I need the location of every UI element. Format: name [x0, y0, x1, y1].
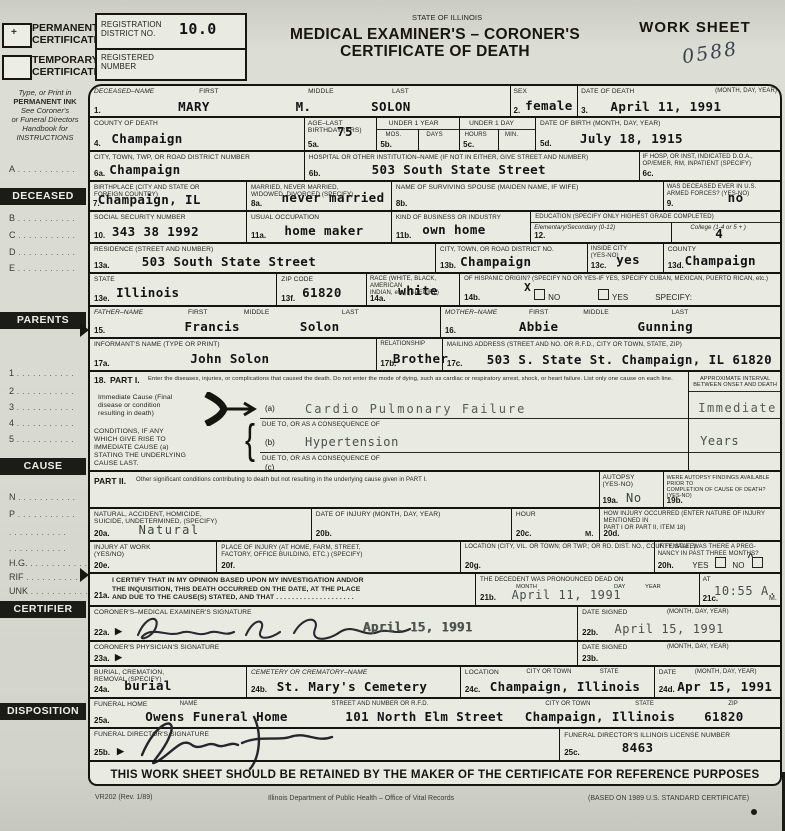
field-county-of-death: COUNTY OF DEATH 4. Champaign: [90, 118, 304, 150]
field-date-of-injury: DATE OF INJURY (MONTH, DAY, YEAR) 20b.: [311, 509, 511, 540]
value-cause-a: Cardio Pulmonary Failure: [305, 402, 526, 416]
value-father-first: Francis: [184, 319, 239, 334]
time-m-suffix: M.: [769, 595, 777, 602]
physician-signature-label: CORONER'S PHYSICIAN'S SIGNATURE: [94, 644, 219, 651]
item-number-8b: 8b.: [396, 199, 408, 208]
disposition-city-label: CITY OR TOWN: [526, 669, 571, 676]
item-number-20d: 20d.: [604, 529, 620, 538]
field-pronounced-dead: THE DECEDENT WAS PRONOUNCED DEAD ON MONT…: [475, 574, 699, 605]
funeral-zip-label: ZIP: [728, 701, 738, 708]
father-middle-label: MIDDLE: [244, 309, 270, 316]
physician-date-signed-hint: (MONTH, DAY, YEAR): [667, 644, 729, 651]
cemetery-label: CEMETERY OR CREMATORY–NAME: [251, 669, 367, 676]
item-number-8a: 8a.: [251, 199, 262, 208]
hispanic-no-checkbox[interactable]: [534, 289, 545, 300]
field-how-injury-occurred: HOW INJURY OCCURRED (ENTER NATURE OF INJ…: [599, 509, 780, 540]
worksheet-number-handwritten: 0588: [681, 38, 740, 69]
item-number-5a: 5a.: [308, 140, 319, 149]
field-informant-name: INFORMANT'S NAME (TYPE OR PRINT) 17a. Jo…: [90, 339, 376, 370]
interval-header-rule: [689, 391, 780, 392]
registration-box-divider: [97, 48, 245, 50]
value-pronounced-date: April 11, 1991: [512, 588, 622, 602]
sidebar-line-3: 3: [9, 402, 74, 412]
field-disposition-location: LOCATION CITY OR TOWN STATE 24c. Champai…: [460, 667, 654, 697]
value-residence: 503 South State Street: [142, 254, 316, 269]
item-number-20f: 20f.: [221, 561, 235, 570]
disposition-date-label: DATE: [659, 669, 677, 676]
conditions-brace: {: [245, 417, 255, 465]
under-1-day-vdivider: [498, 129, 499, 150]
item-number-12: 12.: [534, 231, 545, 240]
last-label: LAST: [392, 88, 409, 95]
item-number-5b: 5b.: [380, 140, 392, 149]
retention-banner: THIS WORK SHEET SHOULD BE RETAINED BY TH…: [90, 760, 780, 786]
sidebar-line-n: N: [9, 492, 75, 502]
field-under-1-year: UNDER 1 YEAR MOS. DAYS 5b.: [376, 118, 459, 150]
row-birthplace-marital: BIRTHPLACE (CITY AND STATE OR FOREIGN CO…: [90, 180, 780, 210]
mother-last-label: LAST: [671, 309, 688, 316]
worksheet-label: WORK SHEET: [625, 19, 765, 36]
surviving-spouse-label: NAME OF SURVIVING SPOUSE (MAIDEN NAME, I…: [396, 184, 579, 191]
scan-artifact: [751, 809, 757, 815]
value-zip: 61820: [302, 285, 342, 300]
item-number-4: 4.: [94, 139, 101, 148]
signature-arrow-icon: ▶: [115, 626, 122, 637]
first-label: FIRST: [199, 88, 219, 95]
conditions-label: CONDITIONS, IF ANY WHICH GIVE RISE TO IM…: [94, 428, 186, 468]
row-ssn-occupation: SOCIAL SECURITY NUMBER 10. 343 38 1992 U…: [90, 210, 780, 242]
item-number-24d: 24d.: [659, 685, 675, 694]
row-director-signature: FUNERAL DIRECTOR'S SIGNATURE 25b. ▶ FUNE…: [90, 727, 780, 760]
under-1-year-vdivider: [418, 129, 419, 150]
item-number-20e: 20e.: [94, 561, 110, 570]
registration-district-label: REGISTRATION DISTRICT NO.: [101, 20, 162, 38]
value-ssn: 343 38 1992: [112, 224, 199, 239]
row-residence: RESIDENCE (STREET AND NUMBER) 13a. 503 S…: [90, 242, 780, 272]
field-under-1-day: UNDER 1 DAY HOURS MIN. 5c.: [459, 118, 535, 150]
residence-label: RESIDENCE (STREET AND NUMBER): [94, 246, 213, 253]
pregnancy-no-checkbox[interactable]: [752, 557, 763, 568]
value-education-college: 4: [715, 226, 723, 241]
education-vdivider: [671, 222, 672, 242]
item-number-20g: 20g.: [465, 561, 481, 570]
due-to-label-2: DUE TO, OR AS A CONSEQUENCE OF: [262, 455, 380, 462]
autopsy-label: AUTOPSY (YES-NO): [603, 474, 635, 488]
item-number-5c: 5c.: [463, 140, 474, 149]
value-date-of-death: April 11, 1991: [610, 99, 721, 114]
pregnancy-caret-mark: ^: [747, 552, 753, 564]
row-county-age-dob: COUNTY OF DEATH 4. Champaign AGE–LAST BI…: [90, 116, 780, 150]
sidebar-line-a: A: [9, 164, 75, 174]
field-state: STATE 13e. Illinois: [90, 274, 276, 305]
item-number-24b: 24b.: [251, 685, 267, 694]
line-b-tag: (b): [265, 438, 275, 447]
sidebar-line-b: B: [9, 213, 75, 223]
coroner-date-signed-hint: (MONTH, DAY, YEAR): [667, 609, 729, 616]
field-director-license: FUNERAL DIRECTOR'S ILLINOIS LICENSE NUMB…: [559, 729, 780, 760]
mother-first-label: FIRST: [529, 309, 549, 316]
middle-label: MIDDLE: [308, 88, 334, 95]
value-disposition-location: Champaign, Illinois: [490, 679, 641, 694]
field-mother-name: MOTHER–NAME FIRST MIDDLE LAST 16. Abbie …: [440, 307, 780, 337]
value-funeral-city: Champaign, Illinois: [525, 709, 676, 724]
item-number-1: 1.: [94, 106, 101, 115]
interval-b-rule: [689, 452, 780, 453]
funeral-street-label: STREET AND NUMBER OR R.F.D.: [332, 701, 429, 708]
sidebar-note-line2: PERMANENT INK: [4, 97, 86, 106]
row-certification: 21a. I CERTIFY THAT IN MY OPINION BASED …: [90, 572, 780, 605]
place-of-injury-label: PLACE OF INJURY (AT HOME, FARM, STREET, …: [221, 544, 362, 558]
value-age: 75: [337, 124, 353, 139]
item-number-6a: 6a.: [94, 169, 105, 178]
pregnancy-label: IF FEMALE, WAS THERE A PREG- NANCY IN PA…: [658, 544, 759, 558]
value-residence-city: Champaign: [460, 254, 531, 269]
field-residence: RESIDENCE (STREET AND NUMBER) 13a. 503 S…: [90, 244, 435, 272]
part2-conditions: PART II. Other significant conditions co…: [90, 472, 599, 507]
temporary-certificate-label: TEMPORARY CERTIFICATE: [32, 55, 101, 78]
item-number-22b: 22b.: [582, 628, 598, 637]
value-funeral-street: 101 North Elm Street: [345, 709, 504, 724]
age-label: AGE–LAST BIRTHDAY (YRS): [308, 120, 362, 134]
sidebar-note-line1: Type, or Print in: [4, 88, 86, 97]
sidebar-line-p: P: [9, 509, 75, 519]
field-hour-of-injury: HOUR 20c. M.: [511, 509, 599, 540]
value-mother-last: Gunning: [638, 319, 693, 334]
field-cemetery: CEMETERY OR CREMATORY–NAME 24b. St. Mary…: [246, 667, 460, 697]
part1-instruction: Enter the diseases, injuries, or complic…: [148, 376, 684, 382]
value-burial-type: burial: [124, 678, 172, 693]
value-interval-b: Years: [700, 434, 739, 448]
value-armed-forces: no: [728, 190, 744, 205]
value-occupation: home maker: [284, 223, 363, 238]
sidebar-line-unk: UNK: [9, 586, 88, 596]
field-coroner-signature: CORONER'S–MEDICAL EXAMINER'S SIGNATURE 2…: [90, 607, 577, 640]
value-business: own home: [422, 222, 485, 237]
field-ssn: SOCIAL SECURITY NUMBER 10. 343 38 1992: [90, 212, 246, 242]
business-label: KIND OF BUSINESS OR INDUSTRY: [396, 214, 501, 221]
signature-arrow-icon: ▶: [117, 746, 124, 757]
education-divider: [531, 222, 780, 223]
row-disposition: BURIAL, CREMATION, REMOVAL (SPECIFY) 24a…: [90, 665, 780, 697]
item-number-20h: 20h.: [658, 561, 674, 570]
item-number-6c: 6c.: [643, 169, 654, 178]
year-label: YEAR: [645, 584, 661, 591]
father-last-label: LAST: [342, 309, 359, 316]
value-informant-name: John Solon: [190, 351, 269, 366]
field-date-of-death: DATE OF DEATH (MONTH, DAY, YEAR) 3. Apri…: [577, 86, 780, 116]
mother-name-label: MOTHER–NAME: [445, 309, 497, 316]
item-number-25c: 25c.: [564, 748, 580, 757]
part1-causes: 18. PART I. Enter the diseases, injuries…: [90, 372, 688, 470]
item-number-2: 2.: [514, 106, 521, 115]
how-injury-label: HOW INJURY OCCURRED (ENTER NATURE OF INJ…: [604, 511, 780, 533]
permanent-certificate-checkbox[interactable]: +: [2, 23, 32, 48]
field-coroner-date-signed: DATE SIGNED (MONTH, DAY, YEAR) 22b. Apri…: [577, 607, 780, 640]
sidebar-banner-certifier: CERTIFIER: [0, 601, 86, 618]
value-date-of-birth: July 18, 1915: [580, 131, 683, 146]
temporary-certificate-checkbox[interactable]: [2, 55, 32, 80]
hour-label: HOUR: [516, 511, 536, 518]
part1-heading: 18.: [94, 375, 106, 385]
footer-standard-note: (BASED ON 1989 U.S. STANDARD CERTIFICATE…: [588, 795, 749, 802]
row-deceased-name: DECEASED–NAME FIRST MIDDLE LAST 1. MARY …: [90, 86, 780, 116]
ssn-label: SOCIAL SECURITY NUMBER: [94, 214, 186, 221]
item-number-13f: 13f.: [281, 294, 295, 303]
value-interval-a: Immediate: [698, 401, 777, 415]
part1-title: PART I.: [110, 375, 140, 385]
residence-city-label: CITY, TOWN, OR ROAD DISTRICT NO.: [440, 246, 554, 253]
value-pronounced-time: 10:55 A.: [714, 584, 777, 598]
line-a-tag: (a): [265, 404, 275, 413]
value-middle-name: M.: [296, 99, 312, 114]
field-autopsy-findings: WERE AUTOPSY FINDINGS AVAILABLE PRIOR TO…: [663, 472, 780, 507]
sidebar-line-rif: RIF: [9, 572, 83, 582]
item-number-6b: 6b.: [309, 169, 321, 178]
field-deceased-name: DECEASED–NAME FIRST MIDDLE LAST 1. MARY …: [90, 86, 510, 116]
father-name-label: FATHER–NAME: [94, 309, 143, 316]
hour-m-suffix: M.: [585, 530, 594, 537]
injury-at-work-label: INJURY AT WORK (YES/NO): [94, 544, 151, 558]
under-1-day-label: UNDER 1 DAY: [469, 120, 514, 127]
value-relationship: Brother: [393, 351, 448, 366]
field-hospital: HOSPITAL OR OTHER INSTITUTION–NAME (IF N…: [304, 152, 639, 180]
field-birthplace: BIRTHPLACE (CITY AND STATE OR FOREIGN CO…: [90, 182, 246, 210]
row-injury-details: INJURY AT WORK (YES/NO) 20e. PLACE OF IN…: [90, 540, 780, 572]
mother-middle-label: MIDDLE: [583, 309, 609, 316]
item-number-11a: 11a.: [251, 231, 266, 240]
value-residence-county: Champaign: [685, 253, 756, 268]
field-certify-statement: 21a. I CERTIFY THAT IN MY OPINION BASED …: [90, 574, 475, 605]
disposition-date-hint: (MONTH, DAY, YEAR): [695, 669, 757, 676]
field-pregnancy: IF FEMALE, WAS THERE A PREG- NANCY IN PA…: [654, 542, 780, 572]
pronounced-label: THE DECEDENT WAS PRONOUNCED DEAD ON: [480, 576, 623, 583]
row-informant: INFORMANT'S NAME (TYPE OR PRINT) 17a. Jo…: [90, 337, 780, 370]
part2-section: PART II. Other significant conditions co…: [90, 470, 780, 507]
mailing-address-label: MAILING ADDRESS (STREET AND NO. OR R.F.D…: [447, 341, 682, 348]
field-pronounced-time: AT 21c. 10:55 A. M.: [699, 574, 780, 605]
registration-box: REGISTRATION DISTRICT NO. 10.0 REGISTERE…: [95, 13, 247, 81]
value-marital-status: never married: [281, 190, 384, 205]
coroner-date-signed-label: DATE SIGNED: [582, 609, 627, 616]
sidebar-line-4: 4: [9, 418, 74, 428]
value-autopsy: No: [626, 491, 642, 505]
value-mailing-address: 503 S. State St. Champaign, IL 61820: [487, 352, 772, 367]
part1-section: 18. PART I. Enter the diseases, injuries…: [90, 370, 780, 470]
state-label: STATE: [94, 276, 115, 283]
row-coroner-signature: CORONER'S–MEDICAL EXAMINER'S SIGNATURE 2…: [90, 605, 780, 640]
sidebar-banner-deceased: DECEASED: [0, 188, 86, 205]
sidebar-line-dots2: [9, 543, 66, 553]
value-county-of-death: Champaign: [111, 131, 182, 146]
field-disposition-date: DATE (MONTH, DAY, YEAR) 24d. Apr 15, 199…: [654, 667, 780, 697]
value-director-license: 8463: [622, 740, 654, 755]
sidebar-banner-disposition: DISPOSITION: [0, 703, 86, 720]
field-director-signature: FUNERAL DIRECTOR'S SIGNATURE 25b. ▶: [90, 729, 559, 760]
field-city-town: CITY, TOWN, TWP, OR ROAD DISTRICT NUMBER…: [90, 152, 304, 180]
item-number-13a: 13a.: [94, 261, 110, 270]
pregnancy-yes-label: YES: [692, 562, 708, 569]
item-number-24a: 24a.: [94, 685, 110, 694]
item-number-5d: 5d.: [540, 139, 552, 148]
field-physician-date-signed: DATE SIGNED (MONTH, DAY, YEAR) 23b.: [577, 642, 780, 665]
hispanic-yes-label: YES: [612, 294, 628, 301]
hours-label: HOURS: [465, 132, 487, 139]
father-first-label: FIRST: [188, 309, 208, 316]
sidebar-instructions: Type, or Print in PERMANENT INK See Coro…: [4, 88, 86, 142]
item-number-21b: 21b.: [480, 593, 496, 602]
line-b-rule: [260, 452, 688, 453]
field-manner-of-death: NATURAL, ACCIDENT, HOMICIDE, SUICIDE, UN…: [90, 509, 311, 540]
field-residence-county: COUNTY 13d. Champaign: [663, 244, 780, 272]
item-number-17c: 17c.: [447, 359, 463, 368]
field-armed-forces: WAS DECEASED EVER IN U.S. ARMED FORCES? …: [663, 182, 780, 210]
hispanic-specify-label: SPECIFY:: [655, 294, 692, 301]
immediate-cause-label: Immediate Cause (Final disease or condit…: [98, 394, 172, 418]
field-burial-type: BURIAL, CREMATION, REMOVAL (SPECIFY) 24a…: [90, 667, 246, 697]
hospital-label: HOSPITAL OR OTHER INSTITUTION–NAME (IF N…: [309, 154, 588, 161]
item-number-9: 9.: [667, 199, 674, 208]
sex-label: SEX: [514, 88, 528, 95]
item-number-14b: 14b.: [464, 293, 480, 302]
interval-label: APPROXIMATE INTERVAL BETWEEN ONSET AND D…: [693, 376, 777, 388]
mos-label: MOS.: [386, 132, 402, 139]
informant-name-label: INFORMANT'S NAME (TYPE OR PRINT): [94, 341, 220, 348]
value-birthplace: Champaign, IL: [98, 192, 201, 207]
value-race: white: [398, 283, 438, 298]
item-number-13e: 13e.: [94, 294, 110, 303]
item-number-13d: 13d.: [668, 261, 684, 270]
field-education: EDUCATION (SPECIFY ONLY HIGHEST GRADE CO…: [530, 212, 780, 242]
item-number-20c: 20c.: [516, 529, 532, 538]
death-certificate-worksheet: + PERMANENT CERTIFICATE TEMPORARY CERTIF…: [0, 0, 785, 831]
value-inside-city: yes: [616, 252, 640, 267]
item-number-20b: 20b.: [316, 529, 332, 538]
field-zip: ZIP CODE 13f. 61820: [276, 274, 366, 305]
city-town-label: CITY, TOWN, TWP, OR ROAD DISTRICT NUMBER: [94, 154, 250, 161]
state-of-illinois-label: STATE OF ILLINOIS: [412, 14, 482, 21]
signature-arrow-icon: ▶: [115, 652, 122, 663]
part2-title: PART II.: [94, 476, 126, 486]
county-of-death-label: COUNTY OF DEATH: [94, 120, 158, 127]
row-physician-signature: CORONER'S PHYSICIAN'S SIGNATURE 23a. ▶ D…: [90, 640, 780, 665]
part2-instruction: Other significant conditions contributin…: [136, 477, 595, 484]
director-license-label: FUNERAL DIRECTOR'S ILLINOIS LICENSE NUMB…: [564, 732, 730, 739]
date-of-injury-label: DATE OF INJURY (MONTH, DAY, YEAR): [316, 511, 441, 518]
education-elementary-label: Elementary/Secondary (0-12): [534, 225, 615, 232]
value-father-last: Solon: [300, 319, 340, 334]
certify-text: I CERTIFY THAT IN MY OPINION BASED UPON …: [112, 577, 364, 603]
field-if-hospital: IF HOSP, OR INST, INDICATED D.O.A., OP/E…: [639, 152, 780, 180]
date-of-death-label: DATE OF DEATH: [581, 88, 634, 95]
sidebar-line-5: 5: [9, 434, 74, 444]
field-relationship: RELATIONSHIP 17b. Brother: [376, 339, 442, 370]
if-hospital-label: IF HOSP, OR INST, INDICATED D.O.A., OP/E…: [643, 154, 753, 168]
value-hospital: 503 South State Street: [372, 162, 546, 177]
field-hispanic-origin: OF HISPANIC ORIGIN? (SPECIFY NO OR YES-I…: [459, 274, 780, 305]
pregnancy-yes-checkbox[interactable]: [715, 557, 726, 568]
funeral-home-label: FUNERAL HOME: [94, 701, 147, 708]
value-cemetery: St. Mary's Cemetery: [277, 679, 428, 694]
item-number-13b: 13b.: [440, 261, 456, 270]
footer-agency: Illinois Department of Public Health – O…: [268, 795, 454, 802]
relationship-label: RELATIONSHIP: [380, 341, 425, 348]
occupation-label: USUAL OCCUPATION: [251, 214, 319, 221]
field-age-last-birthday: AGE–LAST BIRTHDAY (YRS) 5a. 75: [304, 118, 376, 150]
footer-form-number: VR202 (Rev. 1/89): [95, 794, 152, 801]
deceased-name-label: DECEASED–NAME: [94, 88, 154, 95]
funeral-city-label: CITY OR TOWN: [545, 701, 590, 708]
pregnancy-no-label: NO: [732, 562, 744, 569]
due-to-label-1: DUE TO, OR AS A CONSEQUENCE OF: [262, 421, 380, 428]
row-parents: FATHER–NAME FIRST MIDDLE LAST 15. Franci…: [90, 305, 780, 337]
item-number-23a: 23a.: [94, 654, 110, 663]
form-title-line2: CERTIFICATE OF DEATH: [250, 43, 620, 61]
sidebar-line-dots1: [9, 527, 66, 537]
hispanic-origin-label: OF HISPANIC ORIGIN? (SPECIFY NO OR YES-I…: [464, 276, 768, 283]
value-manner: Natural: [139, 523, 200, 537]
row-city-hospital: CITY, TOWN, TWP, OR ROAD DISTRICT NUMBER…: [90, 150, 780, 180]
value-mother-first: Abbie: [519, 319, 559, 334]
field-occupation: USUAL OCCUPATION 11a. home maker: [246, 212, 391, 242]
item-number-15: 15.: [94, 326, 105, 335]
funeral-name-label: NAME: [180, 701, 198, 708]
field-race: RACE (WHITE, BLACK, AMERICAN INDIAN, etc…: [366, 274, 459, 305]
certificate-form: DECEASED–NAME FIRST MIDDLE LAST 1. MARY …: [88, 84, 782, 786]
sidebar-line-c: C: [9, 230, 75, 240]
item-number-14a: 14a.: [370, 294, 386, 303]
item-number-11b: 11b.: [396, 231, 412, 240]
field-date-of-birth: DATE OF BIRTH (MONTH, DAY, YEAR) 5d. Jul…: [535, 118, 780, 150]
item-number-19b: 19b.: [667, 496, 683, 505]
physician-date-signed-label: DATE SIGNED: [582, 644, 627, 651]
value-city-town: Champaign: [109, 162, 180, 177]
interval-a-rule: [689, 418, 780, 419]
date-of-birth-label: DATE OF BIRTH (MONTH, DAY, YEAR): [540, 120, 661, 127]
form-title-line1: MEDICAL EXAMINER'S – CORONER'S: [250, 26, 620, 44]
part1-interval-column: APPROXIMATE INTERVAL BETWEEN ONSET AND D…: [688, 372, 780, 470]
item-number-16: 16.: [445, 326, 456, 335]
hispanic-no-label: NO: [548, 294, 560, 301]
hispanic-x-mark: X: [524, 281, 531, 294]
registered-number-label: REGISTERED NUMBER: [101, 53, 154, 71]
row-manner-injury: NATURAL, ACCIDENT, HOMICIDE, SUICIDE, UN…: [90, 507, 780, 540]
field-place-of-injury: PLACE OF INJURY (AT HOME, FARM, STREET, …: [216, 542, 460, 572]
line-a-rule: [260, 418, 688, 419]
zip-label: ZIP CODE: [281, 276, 313, 283]
education-label: EDUCATION (SPECIFY ONLY HIGHEST GRADE CO…: [535, 214, 714, 221]
value-coroner-date-signed: April 15, 1991: [614, 622, 724, 636]
permanent-check-mark: +: [11, 27, 17, 38]
sidebar-line-e: E: [9, 263, 75, 273]
field-inside-city: INSIDE CITY (YES-NO) 13c. yes: [587, 244, 663, 272]
disposition-location-label: LOCATION: [465, 669, 499, 676]
field-father-name: FATHER–NAME FIRST MIDDLE LAST 15. Franci…: [90, 307, 440, 337]
retention-banner-text: THIS WORK SHEET SHOULD BE RETAINED BY TH…: [110, 769, 759, 781]
autopsy-findings-label: WERE AUTOPSY FINDINGS AVAILABLE PRIOR TO…: [667, 475, 780, 499]
sidebar-line-2: 2: [9, 386, 74, 396]
registration-district-value: 10.0: [179, 20, 217, 38]
sidebar-banner-cause: CAUSE: [0, 458, 86, 475]
funeral-state-label: STATE: [635, 701, 654, 708]
sidebar-line-hg: H.G.: [9, 558, 87, 568]
field-surviving-spouse: NAME OF SURVIVING SPOUSE (MAIDEN NAME, I…: [391, 182, 663, 210]
hispanic-yes-checkbox[interactable]: [598, 289, 609, 300]
item-number-24c: 24c.: [465, 685, 481, 694]
item-number-19a: 19a.: [603, 496, 619, 505]
date-of-death-hint: (MONTH, DAY, YEAR): [715, 88, 777, 95]
row-state-zip-race: STATE 13e. Illinois ZIP CODE 13f. 61820 …: [90, 272, 780, 305]
value-state: Illinois: [116, 285, 179, 300]
